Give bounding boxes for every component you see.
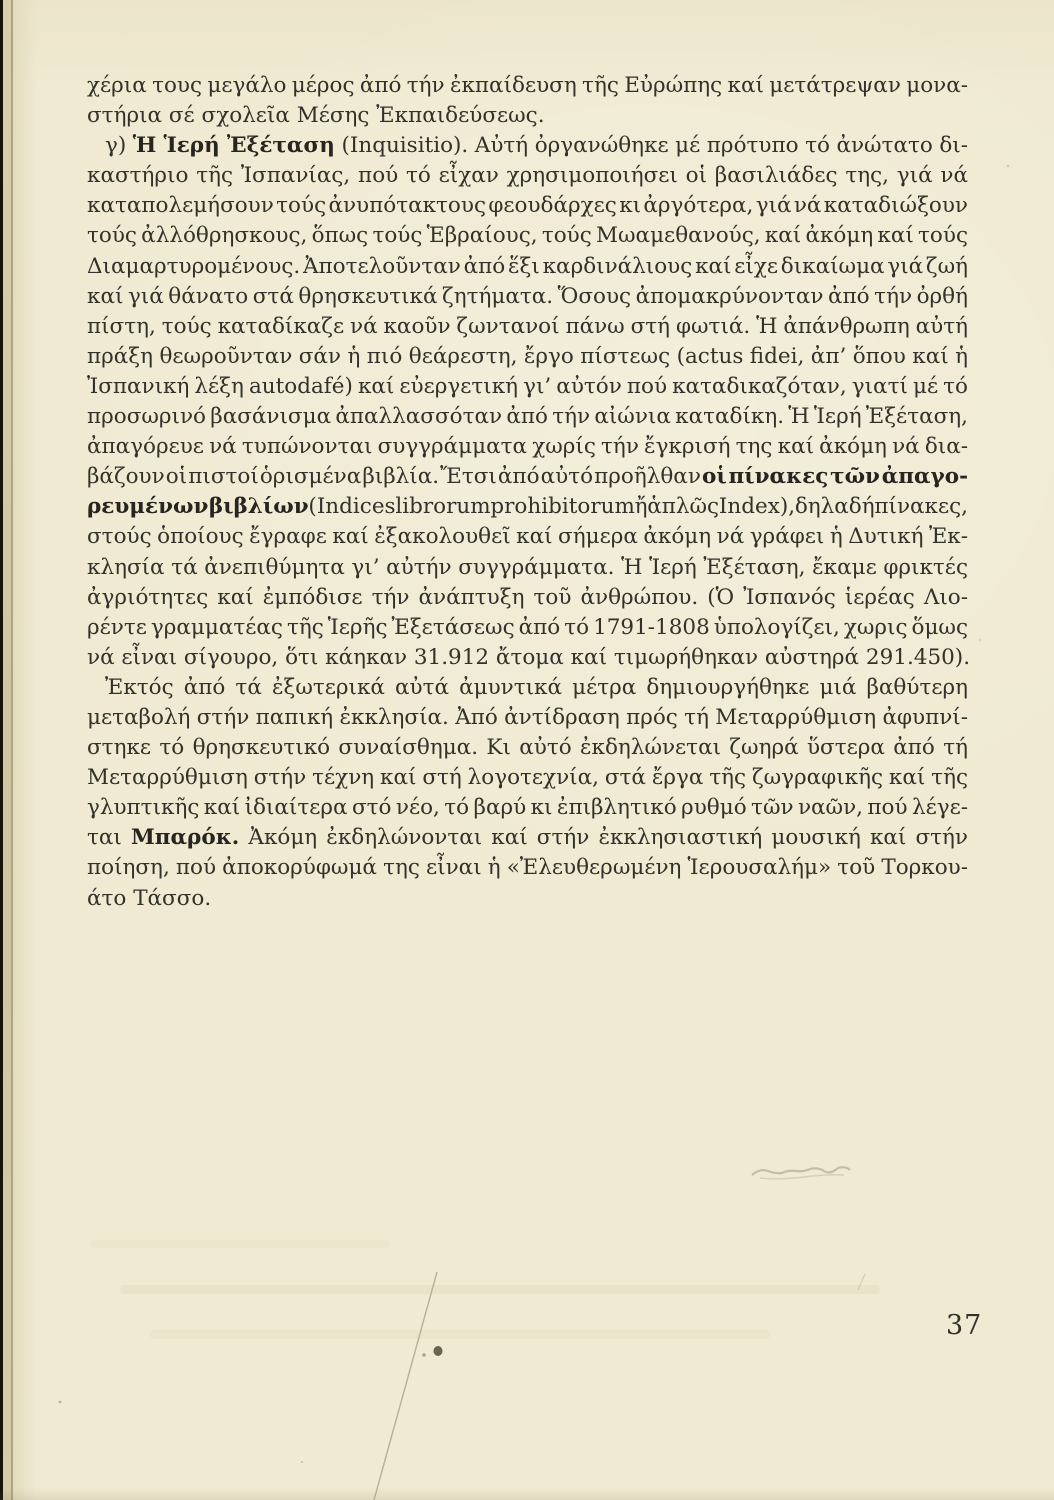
- text-run: τούς ἀλλόθρησκους, ὅπως τούς Ἑβραίους, τ…: [87, 223, 968, 248]
- text-line: ρέντε γραμματέας τῆς Ἱερῆς Ἐξετάσεως ἀπό…: [87, 613, 968, 643]
- ink-spot: [434, 1346, 443, 1356]
- text-run: καταπολεμήσουν τούς ἀνυπότακτους φεουδάρ…: [87, 193, 968, 218]
- text-run: Μεταρρύθμιση στήν τέχνη καί στή λογοτεχν…: [87, 765, 968, 790]
- dust-speck: [1007, 165, 1010, 168]
- text-run: άτο Τάσσο.: [87, 886, 211, 911]
- bold-text-run: ρευμένων βιβλίων: [87, 494, 309, 519]
- text-line: στούς ὁποίους ἔγραφε καί ἐξακολουθεῖ καί…: [87, 522, 968, 552]
- page-bottom-shade: [0, 1488, 1054, 1500]
- text-run: γ): [105, 133, 133, 158]
- text-run: μεταβολή στήν παπική ἐκκλησία. Ἀπό ἀντίδ…: [87, 705, 968, 730]
- text-line: καστήριο τῆς Ἰσπανίας, πού τό εἶχαν χρησ…: [87, 161, 968, 191]
- text-run: ρέντε γραμματέας τῆς Ἱερῆς Ἐξετάσεως ἀπό…: [87, 615, 968, 640]
- text-run: καστήριο τῆς Ἰσπανίας, πού τό εἶχαν χρησ…: [87, 163, 968, 188]
- text-line: ἀπαγόρευε νά τυπώνονται συγγράμματα χωρί…: [87, 432, 968, 462]
- text-run: βάζουν οἱ πιστοί ὁρισμένα βιβλία. Ἔτσι ἀ…: [87, 464, 702, 489]
- text-line: ἀγριότητες καί ἐμπόδισε τήν ἀνάπτυξη τοῦ…: [87, 583, 968, 613]
- text-line: ποίηση, πού ἀποκορύφωμά της εἶναι ἡ «Ἐλε…: [87, 853, 968, 883]
- text-run: Διαμαρτυρομένους. Ἀποτελοῦνταν ἀπό ἕξι κ…: [87, 254, 968, 279]
- book-page: χέρια τους μεγάλο μέρος ἀπό τήν ἐκπαίδευ…: [0, 0, 1054, 1500]
- page-binding-edge: [3, 0, 11, 1500]
- text-run: γλυπτικῆς καί ἰδιαίτερα στό νέο, τό βαρύ…: [87, 795, 968, 820]
- text-line: καί γιά θάνατο στά θρησκευτικά ζητήματα.…: [87, 282, 968, 312]
- page-edge-fade: [13, 0, 37, 1500]
- text-block: χέρια τους μεγάλο μέρος ἀπό τήν ἐκπαίδευ…: [87, 71, 968, 914]
- text-line: στηκε τό θρησκευτικό συναίσθημα. Κι αὐτό…: [87, 733, 968, 763]
- pencil-mark: [760, 1175, 844, 1179]
- text-run: προσωρινό βασάνισμα ἀπαλλασσόταν ἀπό τήν…: [87, 404, 968, 429]
- text-line: ρευμένων βιβλίων (Indices librorum prohi…: [87, 492, 968, 522]
- text-line: πίστη, τούς καταδίκαζε νά καοῦν ζωντανοί…: [87, 312, 968, 342]
- dust-speck: [59, 1401, 62, 1404]
- bleedthrough-ghost: [150, 1330, 770, 1339]
- text-run: καί γιά θάνατο στά θρησκευτικά ζητήματα.…: [87, 284, 968, 309]
- dust-speck: [301, 1461, 303, 1463]
- text-run: χέρια τους μεγάλο μέρος ἀπό τήν ἐκπαίδευ…: [87, 73, 968, 98]
- text-run: πίστη, τούς καταδίκαζε νά καοῦν ζωντανοί…: [87, 314, 968, 339]
- text-line: Ἰσπανική λέξη autodafé) καί εὐεργετική γ…: [87, 372, 968, 402]
- paper-scratch: [858, 1274, 865, 1290]
- text-line: Ἐκτός ἀπό τά ἐξωτερικά αὐτά ἀμυντικά μέτ…: [87, 673, 968, 703]
- text-run: (Indices librorum prohibitorum ἤ ἁπλῶς I…: [309, 494, 968, 519]
- text-run: στήρια σέ σχολεῖα Μέσης Ἐκπαιδεύσεως.: [87, 103, 545, 128]
- pencil-mark: [752, 1167, 850, 1175]
- bleedthrough-ghost: [120, 1285, 880, 1294]
- text-line: καταπολεμήσουν τούς ἀνυπότακτους φεουδάρ…: [87, 191, 968, 221]
- text-line: νά εἶναι σίγουρο, ὅτι κάηκαν 31.912 ἄτομ…: [87, 643, 968, 673]
- text-run: στηκε τό θρησκευτικό συναίσθημα. Κι αὐτό…: [87, 735, 968, 760]
- text-run: (Inquisitio). Αὐτή ὀργανώθηκε μέ πρότυπο…: [335, 133, 968, 158]
- bold-text-run: Ἡ Ἱερή Ἐξέταση: [133, 133, 335, 158]
- text-line: μεταβολή στήν παπική ἐκκλησία. Ἀπό ἀντίδ…: [87, 703, 968, 733]
- text-run: Ἰσπανική λέξη autodafé) καί εὐεργετική γ…: [87, 374, 968, 399]
- bold-text-run: Μπαρόκ.: [131, 825, 239, 850]
- page-number: 37: [946, 1310, 982, 1341]
- paper-crease: [374, 1272, 437, 1500]
- text-line: γλυπτικῆς καί ἰδιαίτερα στό νέο, τό βαρύ…: [87, 793, 968, 823]
- bleedthrough-ghost: [90, 1240, 390, 1248]
- bold-text-run: οἱ πίνακες τῶν ἀπαγο-: [702, 464, 968, 489]
- text-line: πράξη θεωροῦνταν σάν ἡ πιό θεάρεστη, ἔργ…: [87, 342, 968, 372]
- text-line: κλησία τά ἀνεπιθύμητα γι’ αὐτήν συγγράμμ…: [87, 553, 968, 583]
- text-line: γ) Ἡ Ἱερή Ἐξέταση (Inquisitio). Αὐτή ὀργ…: [87, 131, 968, 161]
- text-run: κλησία τά ἀνεπιθύμητα γι’ αὐτήν συγγράμμ…: [87, 555, 968, 580]
- text-line: Διαμαρτυρομένους. Ἀποτελοῦνταν ἀπό ἕξι κ…: [87, 252, 968, 282]
- text-line: ται Μπαρόκ. Ἀκόμη ἐκδηλώνονται καί στήν …: [87, 823, 968, 853]
- text-run: πράξη θεωροῦνταν σάν ἡ πιό θεάρεστη, ἔργ…: [87, 344, 968, 369]
- text-run: ἀγριότητες καί ἐμπόδισε τήν ἀνάπτυξη τοῦ…: [87, 585, 968, 610]
- text-line: άτο Τάσσο.: [87, 884, 968, 914]
- text-line: Μεταρρύθμιση στήν τέχνη καί στή λογοτεχν…: [87, 763, 968, 793]
- text-line: στήρια σέ σχολεῖα Μέσης Ἐκπαιδεύσεως.: [87, 101, 968, 131]
- text-line: προσωρινό βασάνισμα ἀπαλλασσόταν ἀπό τήν…: [87, 402, 968, 432]
- text-run: Ἐκτός ἀπό τά ἐξωτερικά αὐτά ἀμυντικά μέτ…: [105, 675, 968, 700]
- text-run: ποίηση, πού ἀποκορύφωμά της εἶναι ἡ «Ἐλε…: [87, 855, 968, 880]
- text-line: τούς ἀλλόθρησκους, ὅπως τούς Ἑβραίους, τ…: [87, 221, 968, 251]
- text-run: στούς ὁποίους ἔγραφε καί ἐξακολουθεῖ καί…: [87, 524, 968, 549]
- text-line: χέρια τους μεγάλο μέρος ἀπό τήν ἐκπαίδευ…: [87, 71, 968, 101]
- text-line: βάζουν οἱ πιστοί ὁρισμένα βιβλία. Ἔτσι ἀ…: [87, 462, 968, 492]
- text-run: ται: [87, 825, 131, 850]
- text-run: νά εἶναι σίγουρο, ὅτι κάηκαν 31.912 ἄτομ…: [87, 645, 970, 670]
- text-run: ἀπαγόρευε νά τυπώνονται συγγράμματα χωρί…: [87, 434, 968, 459]
- text-run: Ἀκόμη ἐκδηλώνονται καί στήν ἐκκλησιαστικ…: [239, 825, 968, 850]
- dust-speck: [979, 639, 981, 641]
- ink-speck: [422, 1353, 426, 1357]
